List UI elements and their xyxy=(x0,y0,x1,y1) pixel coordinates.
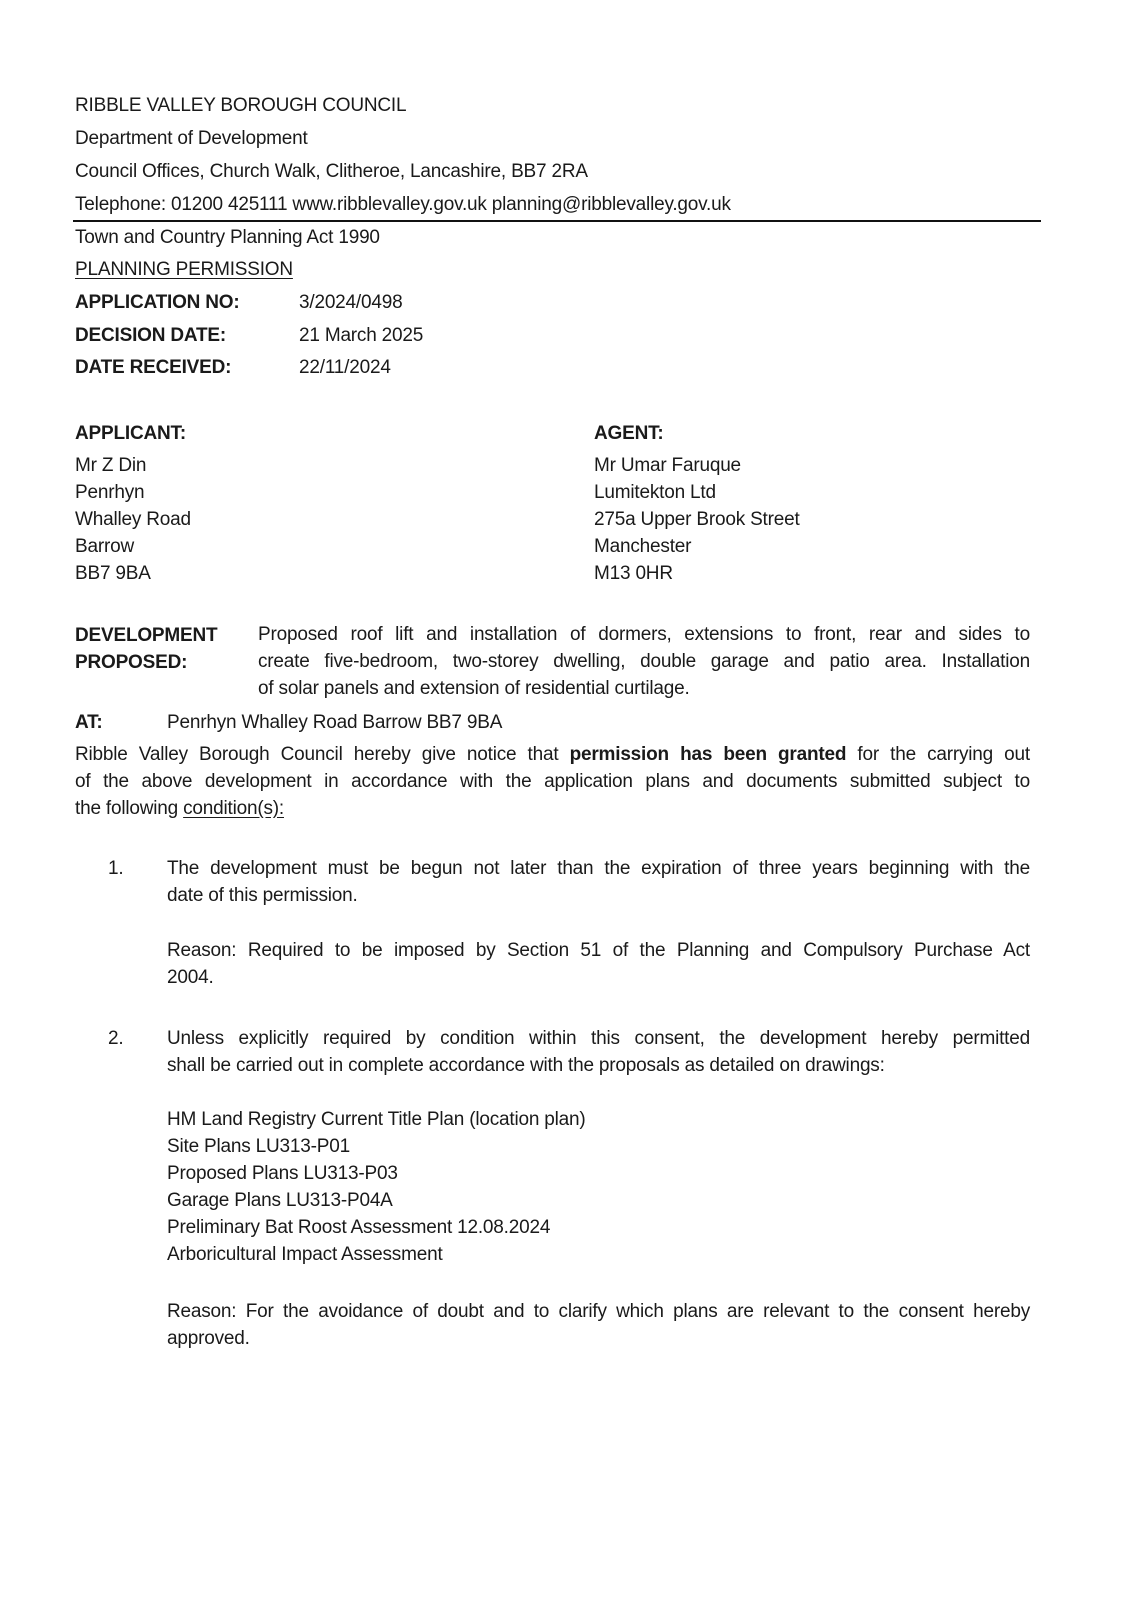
conditions-heading: condition(s): xyxy=(183,798,284,819)
notice-line-1: Ribble Valley Borough Council hereby giv… xyxy=(75,741,1030,768)
condition-1-text: The development must be begun not later … xyxy=(167,855,1030,909)
date-received-value: 22/11/2024 xyxy=(299,357,391,379)
decision-date-label: DECISION DATE: xyxy=(75,325,226,347)
date-received-label: DATE RECEIVED: xyxy=(75,357,231,379)
condition-2-text: Unless explicitly required by condition … xyxy=(167,1025,1030,1079)
department-name: Department of Development xyxy=(75,128,308,150)
applicant-line: BB7 9BA xyxy=(75,560,191,587)
act-title: Town and Country Planning Act 1990 xyxy=(75,227,380,249)
applicant-line: Whalley Road xyxy=(75,506,191,533)
site-label: AT: xyxy=(75,712,103,734)
site-address: Penrhyn Whalley Road Barrow BB7 9BA xyxy=(167,712,502,734)
drawing-item: Arboricultural Impact Assessment xyxy=(167,1241,586,1268)
application-no-value: 3/2024/0498 xyxy=(299,292,402,314)
condition-2-reason: Reason: For the avoidance of doubt and t… xyxy=(167,1298,1030,1352)
development-label-line2: PROPOSED: xyxy=(75,652,187,674)
notice-text: for the carrying out xyxy=(846,744,1030,765)
drawing-item: HM Land Registry Current Title Plan (loc… xyxy=(167,1106,586,1133)
condition-line: Unless explicitly required by condition … xyxy=(167,1025,1030,1052)
notice-text: the following xyxy=(75,798,183,819)
condition-line: date of this permission. xyxy=(167,882,1030,909)
development-line: of solar panels and extension of residen… xyxy=(258,675,1030,702)
contact-details: Telephone: 01200 425111 www.ribblevalley… xyxy=(75,194,731,216)
decision-date-value: 21 March 2025 xyxy=(299,325,423,347)
agent-line: 275a Upper Brook Street xyxy=(594,506,800,533)
drawing-item: Proposed Plans LU313-P03 xyxy=(167,1160,586,1187)
permission-notice: Ribble Valley Borough Council hereby giv… xyxy=(75,741,1030,822)
applicant-line: Barrow xyxy=(75,533,191,560)
condition-number: 2. xyxy=(108,1028,123,1050)
agent-address: Mr Umar Faruque Lumitekton Ltd 275a Uppe… xyxy=(594,452,800,587)
document-type: PLANNING PERMISSION xyxy=(75,259,293,281)
drawing-item: Garage Plans LU313-P04A xyxy=(167,1187,586,1214)
condition-line: The development must be begun not later … xyxy=(167,855,1030,882)
agent-line: Lumitekton Ltd xyxy=(594,479,800,506)
agent-heading: AGENT: xyxy=(594,423,664,445)
development-line: Proposed roof lift and installation of d… xyxy=(258,621,1030,648)
header-divider xyxy=(73,220,1041,222)
council-address: Council Offices, Church Walk, Clitheroe,… xyxy=(75,161,588,183)
reason-line: Reason: Required to be imposed by Sectio… xyxy=(167,937,1030,964)
applicant-line: Mr Z Din xyxy=(75,452,191,479)
reason-line: approved. xyxy=(167,1325,1030,1352)
applicant-address: Mr Z Din Penrhyn Whalley Road Barrow BB7… xyxy=(75,452,191,587)
condition-number: 1. xyxy=(108,858,123,880)
planning-permission-document: RIBBLE VALLEY BOROUGH COUNCIL Department… xyxy=(0,0,1131,1600)
drawing-item: Site Plans LU313-P01 xyxy=(167,1133,586,1160)
approved-drawings-list: HM Land Registry Current Title Plan (loc… xyxy=(167,1106,586,1268)
agent-line: M13 0HR xyxy=(594,560,800,587)
permission-granted-text: permission has been granted xyxy=(570,744,847,765)
condition-line: shall be carried out in complete accorda… xyxy=(167,1052,1030,1079)
applicant-heading: APPLICANT: xyxy=(75,423,186,445)
development-description: Proposed roof lift and installation of d… xyxy=(258,621,1030,702)
reason-line: Reason: For the avoidance of doubt and t… xyxy=(167,1298,1030,1325)
development-line: create five-bedroom, two-storey dwelling… xyxy=(258,648,1030,675)
applicant-line: Penrhyn xyxy=(75,479,191,506)
drawing-item: Preliminary Bat Roost Assessment 12.08.2… xyxy=(167,1214,586,1241)
condition-1-reason: Reason: Required to be imposed by Sectio… xyxy=(167,937,1030,991)
agent-line: Mr Umar Faruque xyxy=(594,452,800,479)
notice-text: Ribble Valley Borough Council hereby giv… xyxy=(75,744,570,765)
notice-line-2: of the above development in accordance w… xyxy=(75,768,1030,795)
notice-line-3: the following condition(s): xyxy=(75,795,1030,822)
reason-line: 2004. xyxy=(167,964,1030,991)
application-no-label: APPLICATION NO: xyxy=(75,292,239,314)
agent-line: Manchester xyxy=(594,533,800,560)
development-label-line1: DEVELOPMENT xyxy=(75,625,217,647)
council-name: RIBBLE VALLEY BOROUGH COUNCIL xyxy=(75,95,406,117)
